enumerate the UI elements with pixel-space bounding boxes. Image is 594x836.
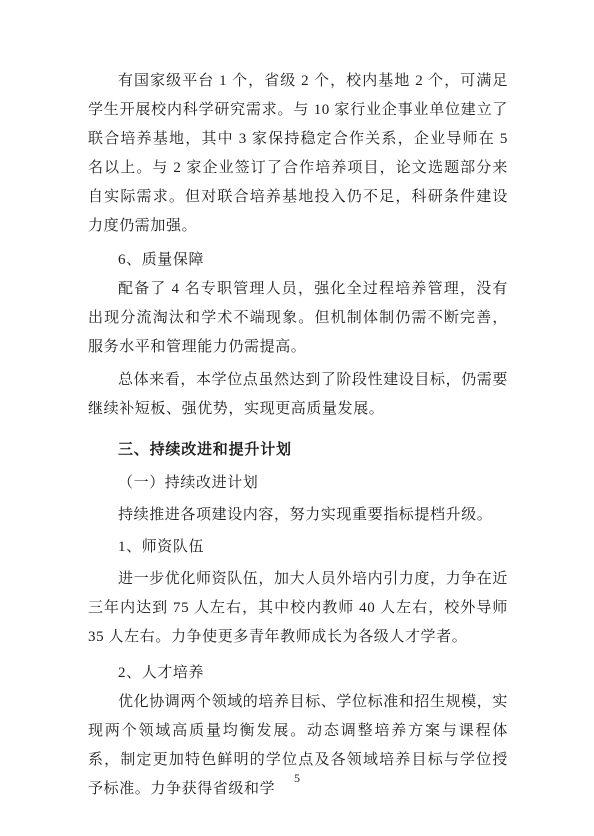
paragraph-overall-summary: 总体来看，本学位点虽然达到了阶段性建设目标，仍需要继续补短板、强优势，实现更高质…	[88, 366, 508, 424]
subsection-continuous-improvement: （一）持续改进计划	[88, 469, 508, 498]
list-item-talent-cultivation: 2、人才培养	[88, 659, 508, 688]
section-heading-improvement-plan: 三、持续改进和提升计划	[88, 435, 508, 464]
list-item-faculty-team: 1、师资队伍	[88, 533, 508, 562]
paragraph-platforms: 有国家级平台 1 个，省级 2 个，校内基地 2 个，可满足学生开展校内科学研究…	[88, 67, 508, 241]
page-number: 5	[0, 770, 594, 786]
paragraph-faculty-optimization: 进一步优化师资队伍，加大人员外培内引力度，力争在近三年内达到 75 人左右，其中…	[88, 565, 508, 652]
paragraph-field-coordination: 优化协调两个领域的培养目标、学位标准和招生规模，实现两个领域高质量均衡发展。动态…	[88, 688, 508, 804]
list-item-quality-assurance: 6、质量保障	[88, 246, 508, 275]
paragraph-management-staff: 配备了 4 名专职管理人员，强化全过程培养管理，没有出现分流淘汰和学术不端现象。…	[88, 275, 508, 362]
paragraph-advance-construction: 持续推进各项建设内容，努力实现重要指标提档升级。	[88, 501, 508, 530]
document-page: 有国家级平台 1 个，省级 2 个，校内基地 2 个，可满足学生开展校内科学研究…	[0, 0, 594, 836]
